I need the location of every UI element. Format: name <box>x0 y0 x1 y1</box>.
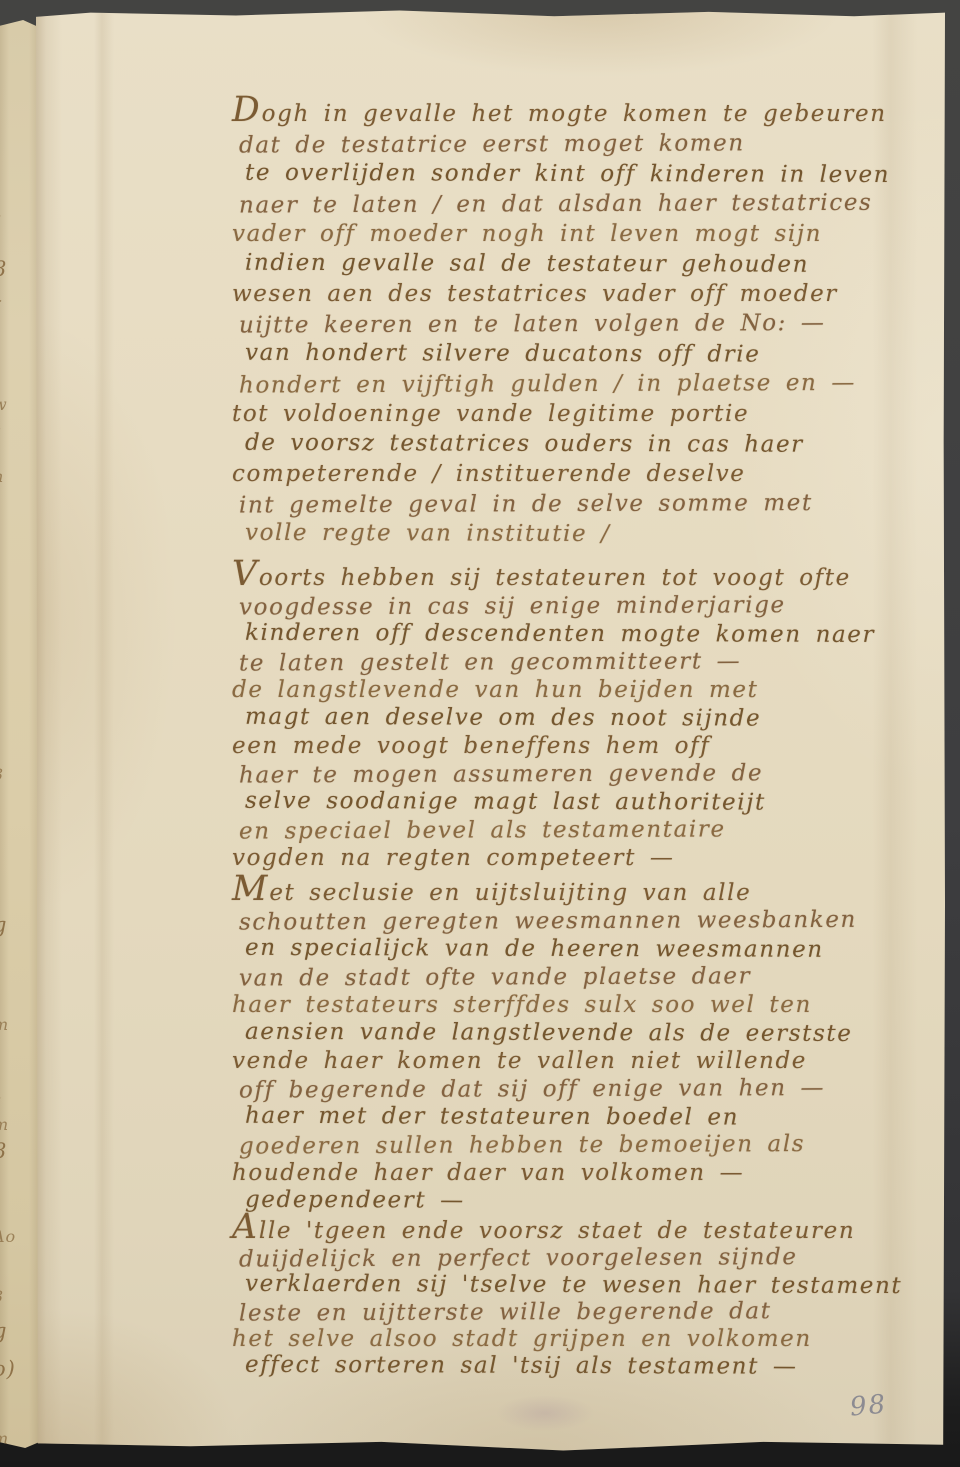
margin-ink-fragment: n <box>0 466 23 488</box>
manuscript-line: kinderen off descendenten mogte komen na… <box>245 619 944 649</box>
paragraph-4: Alle 'tgeen ende voorsz staet de testate… <box>232 1214 944 1380</box>
manuscript-line: hondert en vijftigh gulden / in plaetse … <box>239 367 944 400</box>
manuscript-line: vende haer komen te vallen niet willende <box>232 1047 944 1075</box>
margin-ink-fragment: ſ <box>0 296 23 318</box>
manuscript-line: tot voldoeninge vande legitime portie <box>232 399 944 429</box>
margin-ink-fragment: ) <box>0 1260 23 1282</box>
manuscript-line: goederen sullen hebben te bemoeijen als <box>239 1129 944 1160</box>
manuscript-line: int gemelte geval in de selve somme met <box>239 487 944 520</box>
manuscript-line: haer te mogen assumeren gevende de <box>239 758 944 789</box>
folio-number: 98 <box>849 1389 889 1422</box>
manuscript-line: leste en uijtterste wille begerende dat <box>239 1297 944 1327</box>
manuscript-line: wesen aen des testatrices vader off moed… <box>232 279 944 309</box>
manuscript-line: naer te laten / en dat alsdan haer testa… <box>239 187 944 220</box>
paragraph-1: Dogh in gevalle het mogte komen te gebeu… <box>232 95 944 549</box>
manuscript-line: Met seclusie en uijtsluijting van alle <box>232 875 944 907</box>
manuscript-line: de langstlevende van hun beijden met <box>232 676 944 704</box>
manuscript-line: Dogh in gevalle het mogte komen te gebeu… <box>232 95 944 129</box>
manuscript-line: duijdelijck en perfect voorgelesen sijnd… <box>239 1243 944 1273</box>
manuscript-line: haer testateurs sterffdes sulx soo wel t… <box>232 991 944 1019</box>
manuscript-line: te overlijden sonder kint off kinderen i… <box>245 158 944 190</box>
margin-ink-fragment: m <box>0 1114 23 1136</box>
margin-ink-fragment: 3 <box>0 764 23 786</box>
manuscript-line: aensien vande langstlevende als de eerst… <box>245 1018 944 1048</box>
manuscript-line: verklaerden sij 'tselve te wesen haer te… <box>245 1271 944 1300</box>
margin-ink-fragment: g <box>0 914 23 936</box>
manuscript-line: competerende / instituerende deselve <box>232 459 944 489</box>
margin-ink-fragment: ” <box>0 424 23 446</box>
manuscript-line: dat de testatrice eerst moget komen <box>239 127 944 160</box>
manuscript-line: een mede voogt beneffens hem off <box>232 732 944 760</box>
manuscript-line: gedependeert — <box>245 1186 944 1216</box>
paragraph-2: Voorts hebben sij testateuren tot voogt … <box>232 560 944 872</box>
manuscript-line: Alle 'tgeen ende voorsz staet de testate… <box>232 1214 944 1245</box>
margin-ink-fragment: w <box>0 394 23 416</box>
manuscript-line: schoutten geregten weesmannen weesbanken <box>239 905 944 936</box>
manuscript-line: indien gevalle sal de testateur gehouden <box>245 248 944 280</box>
manuscript-line: het selve alsoo stadt grijpen en volkome… <box>232 1326 944 1353</box>
manuscript-line: volle regte van institutie / <box>245 518 944 550</box>
margin-ink-fragment: – <box>0 1086 23 1108</box>
margin-ink-fragment: m <box>0 1014 23 1036</box>
manuscript-line: van de stadt ofte vande plaetse daer <box>239 961 944 992</box>
manuscript-page: Dogh in gevalle het mogte komen te gebeu… <box>36 9 945 1452</box>
margin-ink-fragment: g <box>0 1320 23 1342</box>
margin-ink-fragment: 8 <box>0 1140 23 1162</box>
manuscript-line: vader off moeder nogh int leven mogt sij… <box>232 219 944 249</box>
manuscript-line: magt aen deselve om des noot sijnde <box>245 703 944 733</box>
margin-ink-fragment: ) <box>0 624 23 646</box>
manuscript-line: voogdesse in cas sij enige minderjarige <box>239 590 944 621</box>
margin-ink-fragment: 1 <box>0 696 23 718</box>
manuscript-line: en specialijck van de heeren weesmannen <box>245 934 944 964</box>
manuscript-line: effect sorteren sal 'tsij als testament … <box>245 1352 944 1381</box>
manuscript-line: houdende haer daer van volkomen — <box>232 1159 944 1187</box>
facing-page-edge: – 8 ſ w ” n ) 1 3 g m ) – m 8 Ao ) 3 g o… <box>0 20 42 1448</box>
manuscript-line: van hondert silvere ducatons off drie <box>245 338 944 370</box>
margin-ink-fragment: 3 <box>0 1286 23 1308</box>
manuscript-line: en speciael bevel als testamentaire <box>239 814 944 845</box>
manuscript-line: uijtte keeren en te laten volgen de No: … <box>239 307 944 340</box>
margin-ink-fragment: o) <box>0 1358 23 1380</box>
manuscript-scan: – 8 ſ w ” n ) 1 3 g m ) – m 8 Ao ) 3 g o… <box>0 0 960 1467</box>
manuscript-line: Voorts hebben sij testateuren tot voogt … <box>232 560 944 592</box>
manuscript-line: selve soodanige magt last authoriteijt <box>245 787 944 817</box>
manuscript-line: vogden na regten competeert — <box>232 844 944 872</box>
paragraph-3: Met seclusie en uijtsluijting van alle s… <box>232 875 944 1215</box>
margin-ink-fragment: ) <box>0 1048 23 1070</box>
manuscript-line: off begerende dat sij off enige van hen … <box>239 1073 944 1104</box>
margin-ink-fragment: m <box>0 1428 23 1448</box>
margin-ink-fragment: – <box>0 204 23 226</box>
margin-ink-fragment: 8 <box>0 258 23 280</box>
margin-ink-fragment: Ao <box>0 1226 23 1248</box>
manuscript-line: de voorsz testatrices ouders in cas haer <box>245 428 944 460</box>
manuscript-line: te laten gestelt en gecommitteert — <box>239 646 944 677</box>
manuscript-line: haer met der testateuren boedel en <box>245 1102 944 1132</box>
